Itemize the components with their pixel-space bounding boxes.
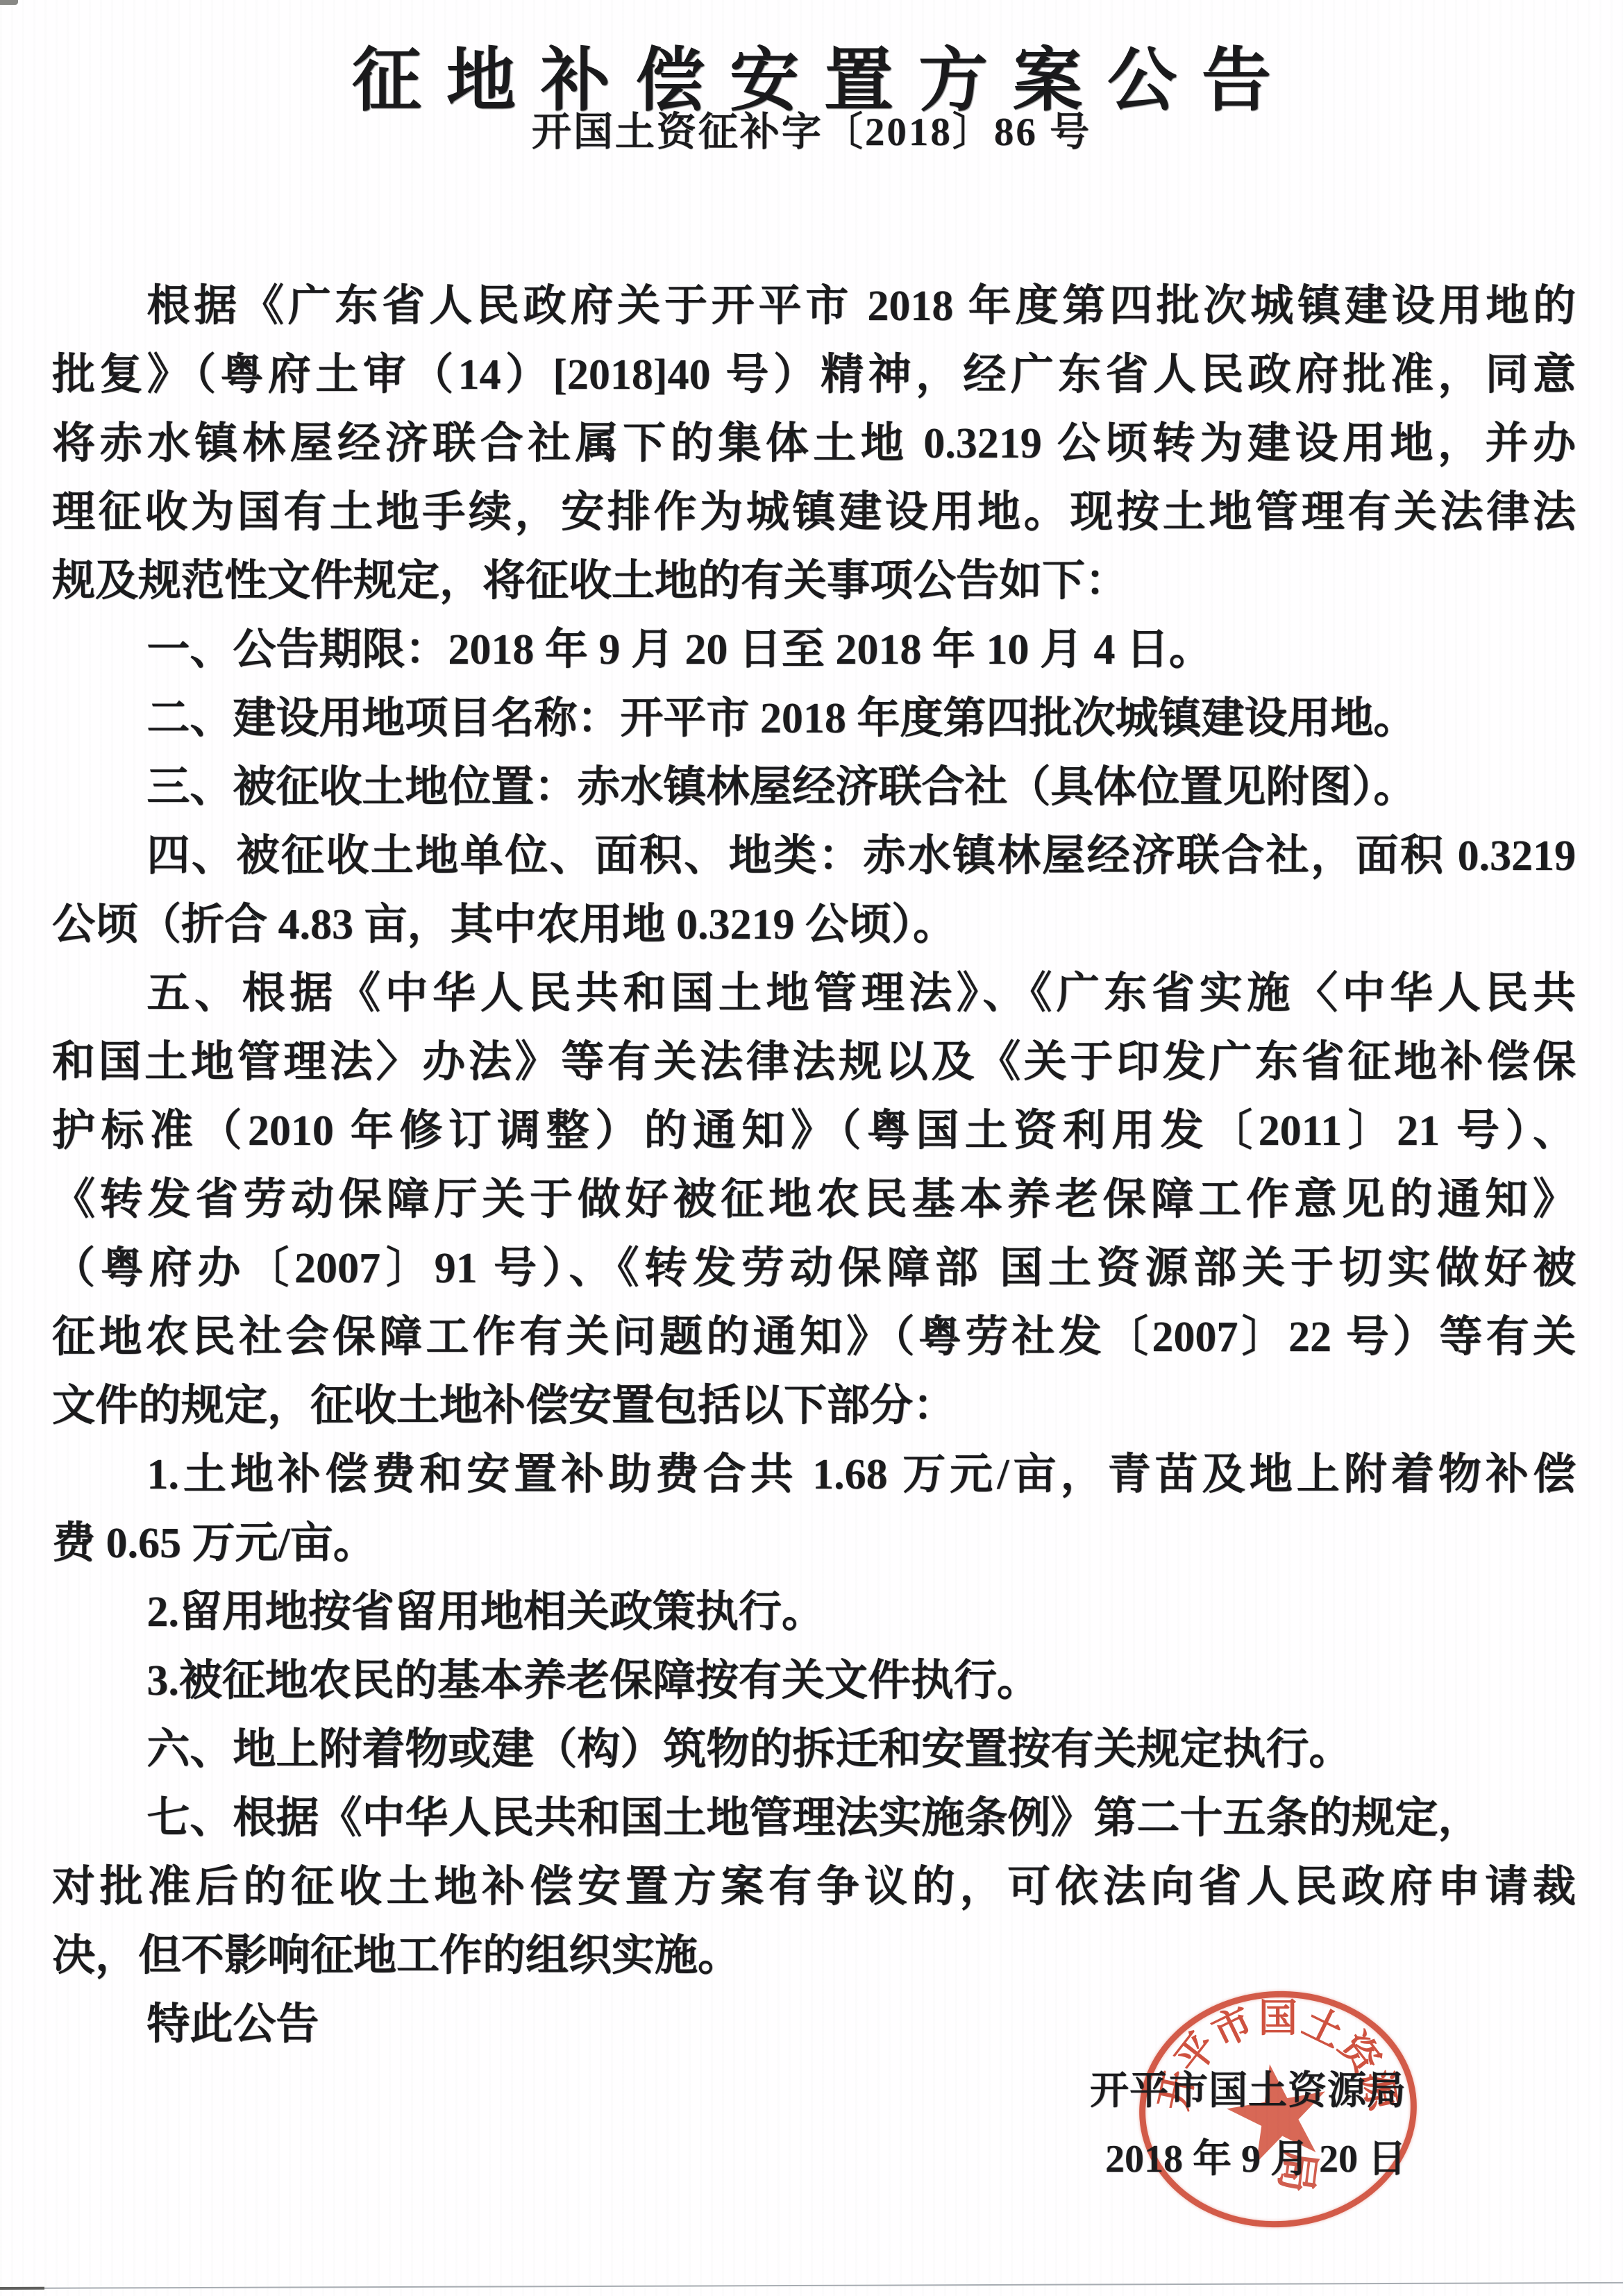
scan-artifact-line xyxy=(0,2282,1623,2289)
body-line: 决，但不影响征地工作的组织实施。 xyxy=(52,1922,1576,1991)
body-line: 根据《广东省人民政府关于开平市 2018 年度第四批次城镇建设用地的 xyxy=(52,272,1576,341)
seal-arc-char: 国 xyxy=(1258,1999,1298,2039)
body-line: 公顷（折合 4.83 亩，其中农用地 0.3219 公顷）。 xyxy=(52,891,1576,960)
document-page: 征地补偿安置方案公告 开国土资征补字〔2018〕86 号 根据《广东省人民政府关… xyxy=(0,0,1623,2296)
body-line: 和国土地管理法〉办法》等有关法律法规以及《关于印发广东省征地补偿保 xyxy=(52,1028,1576,1097)
issuing-agency: 开平市国土资源局 xyxy=(1090,2070,1623,2113)
document-title: 征地补偿安置方案公告 xyxy=(0,43,1623,119)
body-line: 四、被征收土地单位、面积、地类：赤水镇林屋经济联合社，面积 0.3219 xyxy=(52,822,1576,891)
body-line: 理征收为国有土地手续，安排作为城镇建设用地。现按土地管理有关法律法 xyxy=(52,478,1576,547)
body-line: 规及规范性文件规定，将征收土地的有关事项公告如下： xyxy=(52,547,1576,616)
body-line: 《转发省劳动保障厅关于做好被征地农民基本养老保障工作意见的通知》 xyxy=(52,1166,1576,1234)
body-line: 费 0.65 万元/亩。 xyxy=(52,1509,1576,1578)
body-line: 1.土地补偿费和安置补助费合共 1.68 万元/亩，青苗及地上附着物补偿 xyxy=(52,1441,1576,1509)
body-line: 对批准后的征收土地补偿安置方案有争议的，可依法向省人民政府申请裁 xyxy=(52,1853,1576,1922)
body-line: 三、被征收土地位置：赤水镇林屋经济联合社（具体位置见附图）。 xyxy=(52,753,1576,822)
body-line: 将赤水镇林屋经济联合社属下的集体土地 0.3219 公顷转为建设用地，并办 xyxy=(52,410,1576,478)
body-line: 一、公告期限：2018 年 9 月 20 日至 2018 年 10 月 4 日。 xyxy=(52,616,1576,685)
body-line: 七、根据《中华人民共和国土地管理法实施条例》第二十五条的规定， xyxy=(52,1784,1576,1853)
body-line: 3.被征地农民的基本养老保障按有关文件执行。 xyxy=(52,1647,1576,1716)
body-line: 征地农民社会保障工作有关问题的通知》（粤劳社发〔2007〕22 号）等有关 xyxy=(52,1303,1576,1372)
body-line: 2.留用地按省留用地相关政策执行。 xyxy=(52,1578,1576,1647)
body-line: 批复》（粤府土审（14）[2018]40 号）精神，经广东省人民政府批准，同意 xyxy=(52,341,1576,410)
document-body: 根据《广东省人民政府关于开平市 2018 年度第四批次城镇建设用地的批复》（粤府… xyxy=(0,272,1623,2059)
scan-artifact-speck xyxy=(0,0,18,5)
body-line: 护标准（2010 年修订调整）的通知》（粤国土资利用发〔2011〕21 号）、 xyxy=(52,1097,1576,1166)
body-line: 文件的规定，征收土地补偿安置包括以下部分： xyxy=(52,1372,1576,1441)
body-line: 二、建设用地项目名称：开平市 2018 年度第四批次城镇建设用地。 xyxy=(52,685,1576,753)
body-line: 五、根据《中华人民共和国土地管理法》、《广东省实施〈中华人民共 xyxy=(52,960,1576,1028)
body-line: 六、地上附着物或建（构）筑物的拆迁和安置按有关规定执行。 xyxy=(52,1716,1576,1784)
document-number: 开国土资征补字〔2018〕86 号 xyxy=(0,111,1623,155)
body-line: （粤府办〔2007〕91 号）、《转发劳动保障部 国土资源部关于切实做好被 xyxy=(52,1234,1576,1303)
issue-date: 2018 年 9 月 20 日 xyxy=(1105,2138,1623,2181)
